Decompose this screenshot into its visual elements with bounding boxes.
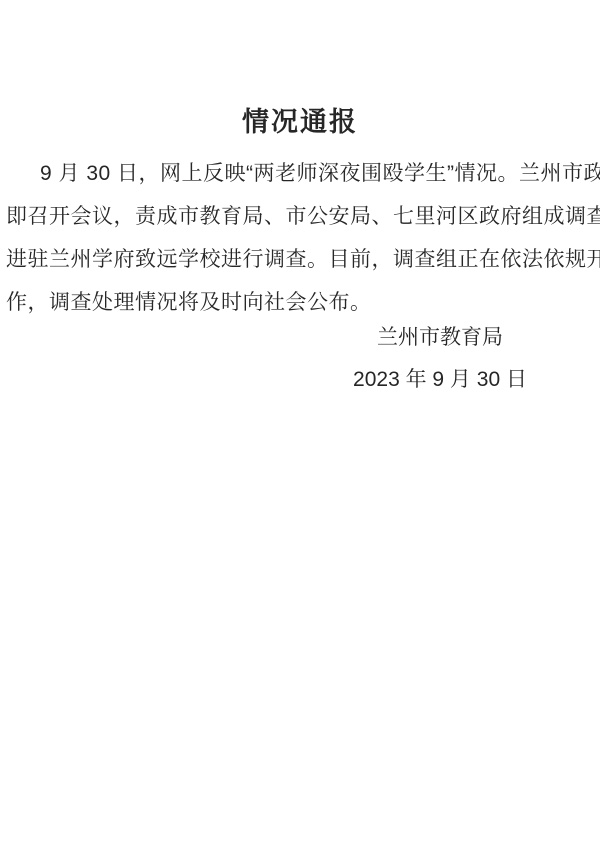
signature-block: 兰州市教育局 2023 年 9 月 30 日 bbox=[352, 317, 528, 401]
body-line: 9 月 30 日，网上反映“两老师深夜围殴学生”情况。兰州市政府立 bbox=[6, 152, 586, 195]
body-line: 进驻兰州学府致远学校进行调查。目前，调查组正在依法依规开展工 bbox=[6, 238, 586, 281]
signature-date: 2023 年 9 月 30 日 bbox=[352, 359, 528, 401]
body-line: 即召开会议，责成市教育局、市公安局、七里河区政府组成调查组， bbox=[6, 195, 586, 238]
notice-page: 情况通报 9 月 30 日，网上反映“两老师深夜围殴学生”情况。兰州市政府立 即… bbox=[0, 0, 600, 843]
notice-body: 9 月 30 日，网上反映“两老师深夜围殴学生”情况。兰州市政府立 即召开会议，… bbox=[0, 152, 600, 324]
signature-organization: 兰州市教育局 bbox=[352, 317, 528, 359]
notice-title: 情况通报 bbox=[0, 109, 600, 136]
